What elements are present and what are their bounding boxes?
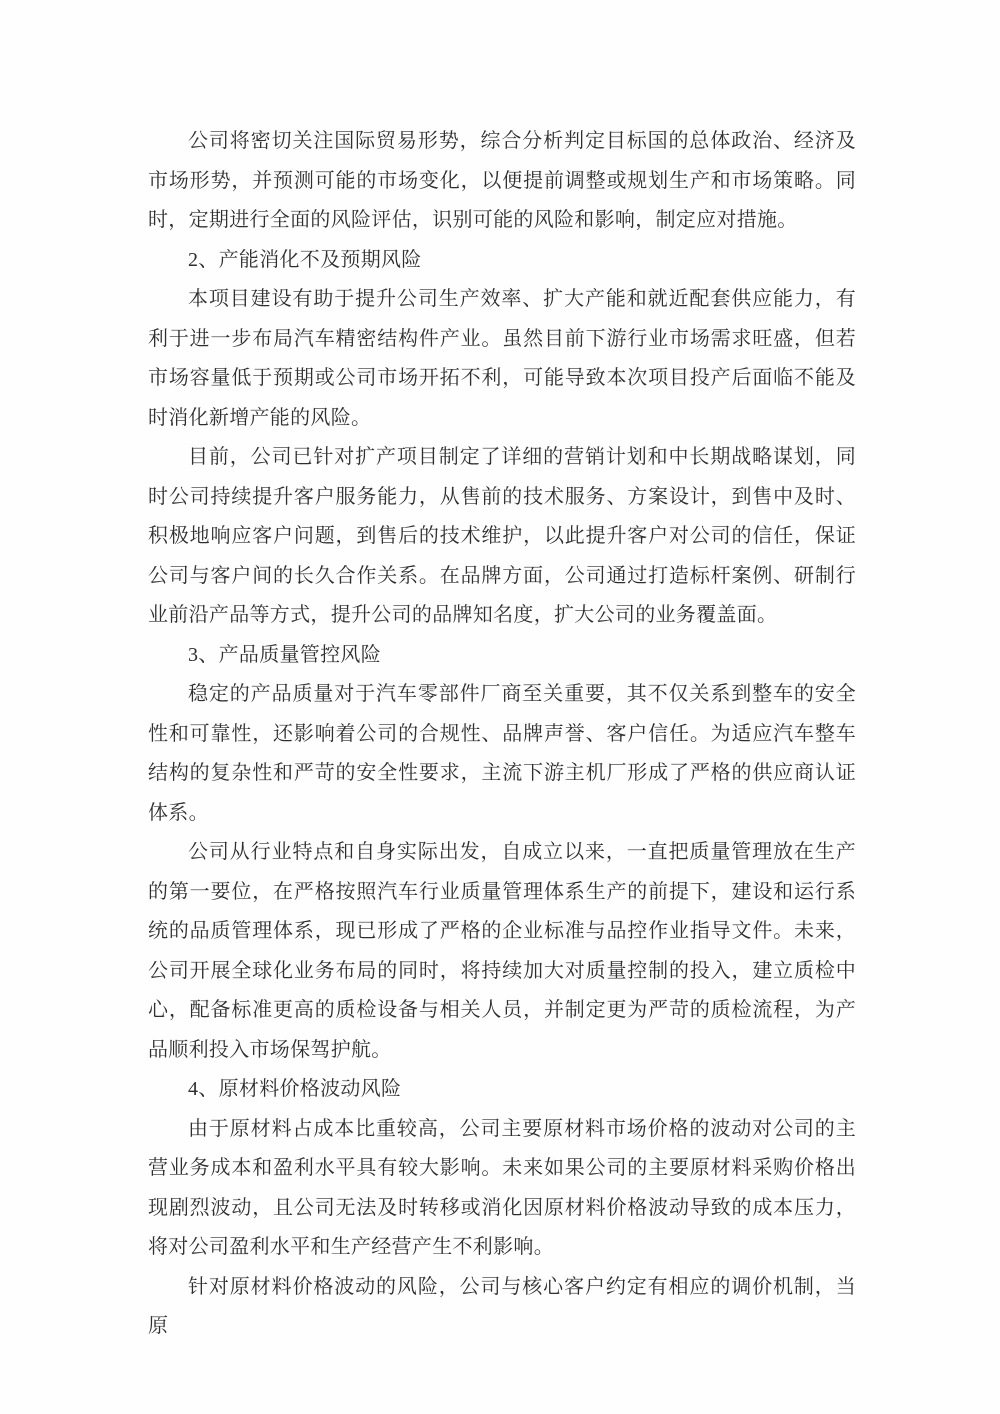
- paragraph-trade-risk-response: 公司将密切关注国际贸易形势，综合分析判定目标国的总体政治、经济及市场形势，并预测…: [148, 122, 856, 241]
- paragraph-quality-risk-response: 公司从行业特点和自身实际出发，自成立以来，一直把质量管理放在生产的第一要位，在严…: [148, 833, 856, 1070]
- document-body: 公司将密切关注国际贸易形势，综合分析判定目标国的总体政治、经济及市场形势，并预测…: [148, 122, 856, 1347]
- paragraph-quality-risk-description: 稳定的产品质量对于汽车零部件厂商至关重要，其不仅关系到整车的安全性和可靠性，还影…: [148, 675, 856, 833]
- heading-product-quality-risk: 3、产品质量管控风险: [148, 636, 856, 676]
- heading-capacity-digestion-risk: 2、产能消化不及预期风险: [148, 241, 856, 281]
- heading-raw-material-price-risk: 4、原材料价格波动风险: [148, 1070, 856, 1110]
- paragraph-raw-material-risk-response: 针对原材料价格波动的风险，公司与核心客户约定有相应的调价机制，当原: [148, 1268, 856, 1347]
- paragraph-capacity-risk-description: 本项目建设有助于提升公司生产效率、扩大产能和就近配套供应能力，有利于进一步布局汽…: [148, 280, 856, 438]
- document-page: 公司将密切关注国际贸易形势，综合分析判定目标国的总体政治、经济及市场形势，并预测…: [0, 0, 1000, 1414]
- paragraph-raw-material-risk-description: 由于原材料占成本比重较高，公司主要原材料市场价格的波动对公司的主营业务成本和盈利…: [148, 1110, 856, 1268]
- paragraph-capacity-risk-response: 目前，公司已针对扩产项目制定了详细的营销计划和中长期战略谋划，同时公司持续提升客…: [148, 438, 856, 636]
